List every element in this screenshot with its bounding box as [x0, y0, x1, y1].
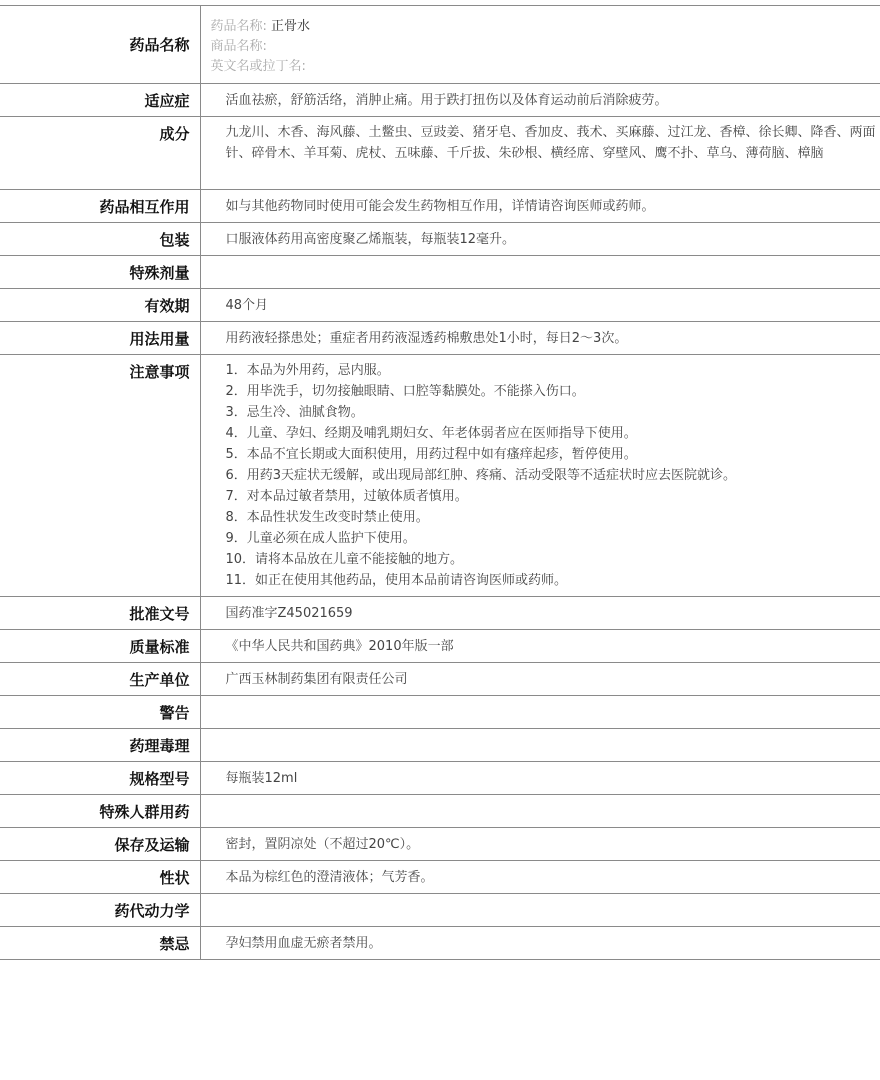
label-description: 性状 [0, 861, 200, 894]
label-special-dosage: 特殊剂量 [0, 256, 200, 289]
precaution-item: 4．儿童、孕妇、经期及哺乳期妇女、年老体弱者应在医师指导下使用。 [226, 423, 880, 444]
precaution-item: 6．用药3天症状无缓解，或出现局部红肿、疼痛、活动受限等不适症状时应去医院就诊。 [226, 465, 880, 486]
value-precautions: 1．本品为外用药，忌内服。 2．用毕洗手，切勿接触眼睛、口腔等黏膜处。不能搽入伤… [200, 355, 880, 597]
label-interactions: 药品相互作用 [0, 190, 200, 223]
precaution-item: 1．本品为外用药，忌内服。 [226, 360, 880, 381]
row-pharmacokinetics: 药代动力学 [0, 894, 880, 927]
row-quality-standard: 质量标准 《中华人民共和国药典》2010年版一部 [0, 630, 880, 663]
row-special-dosage: 特殊剂量 [0, 256, 880, 289]
row-specification: 规格型号 每瓶装12ml [0, 762, 880, 795]
row-indications: 适应症 活血祛瘀，舒筋活络，消肿止痛。用于跌打扭伤以及体育运动前后消除疲劳。 [0, 84, 880, 117]
value-indications: 活血祛瘀，舒筋活络，消肿止痛。用于跌打扭伤以及体育运动前后消除疲劳。 [200, 84, 880, 117]
precaution-item: 8．本品性状发生改变时禁止使用。 [226, 507, 880, 528]
precaution-item: 5．本品不宜长期或大面积使用，用药过程中如有瘙痒起疹，暂停使用。 [226, 444, 880, 465]
value-special-dosage [200, 256, 880, 289]
label-precautions: 注意事项 [0, 355, 200, 597]
precaution-item: 7．对本品过敏者禁用，过敏体质者慎用。 [226, 486, 880, 507]
value-packaging: 口服液体药用高密度聚乙烯瓶装，每瓶装12毫升。 [200, 223, 880, 256]
row-packaging: 包装 口服液体药用高密度聚乙烯瓶装，每瓶装12毫升。 [0, 223, 880, 256]
generic-name-line: 药品名称: 正骨水 [211, 17, 880, 37]
value-pharmacology [200, 729, 880, 762]
label-quality-standard: 质量标准 [0, 630, 200, 663]
precaution-item: 11．如正在使用其他药品，使用本品前请咨询医师或药师。 [226, 570, 880, 591]
value-drug-name: 药品名称: 正骨水 商品名称: 英文名或拉丁名: [200, 6, 880, 84]
precaution-item: 10．请将本品放在儿童不能接触的地方。 [226, 549, 880, 570]
label-approval-number: 批准文号 [0, 597, 200, 630]
value-ingredients: 九龙川、木香、海风藤、土鳖虫、豆豉姜、猪牙皂、香加皮、莪术、买麻藤、过江龙、香樟… [200, 117, 880, 190]
label-packaging: 包装 [0, 223, 200, 256]
row-storage: 保存及运输 密封，置阴凉处（不超过20℃）。 [0, 828, 880, 861]
value-manufacturer: 广西玉林制药集团有限责任公司 [200, 663, 880, 696]
row-manufacturer: 生产单位 广西玉林制药集团有限责任公司 [0, 663, 880, 696]
label-shelf-life: 有效期 [0, 289, 200, 322]
value-contraindications: 孕妇禁用血虚无瘀者禁用。 [200, 927, 880, 960]
precaution-item: 3．忌生冷、油腻食物。 [226, 402, 880, 423]
precaution-item: 9．儿童必须在成人监护下使用。 [226, 528, 880, 549]
precaution-item: 2．用毕洗手，切勿接触眼睛、口腔等黏膜处。不能搽入伤口。 [226, 381, 880, 402]
row-contraindications: 禁忌 孕妇禁用血虚无瘀者禁用。 [0, 927, 880, 960]
row-approval-number: 批准文号 国药准字Z45021659 [0, 597, 880, 630]
row-pharmacology: 药理毒理 [0, 729, 880, 762]
row-special-populations: 特殊人群用药 [0, 795, 880, 828]
row-interactions: 药品相互作用 如与其他药物同时使用可能会发生药物相互作用，详情请咨询医师或药师。 [0, 190, 880, 223]
row-ingredients: 成分 九龙川、木香、海风藤、土鳖虫、豆豉姜、猪牙皂、香加皮、莪术、买麻藤、过江龙… [0, 117, 880, 190]
value-quality-standard: 《中华人民共和国药典》2010年版一部 [200, 630, 880, 663]
value-interactions: 如与其他药物同时使用可能会发生药物相互作用，详情请咨询医师或药师。 [200, 190, 880, 223]
row-warning: 警告 [0, 696, 880, 729]
row-shelf-life: 有效期 48个月 [0, 289, 880, 322]
row-drug-name: 药品名称 药品名称: 正骨水 商品名称: 英文名或拉丁名: [0, 6, 880, 84]
label-pharmacokinetics: 药代动力学 [0, 894, 200, 927]
label-manufacturer: 生产单位 [0, 663, 200, 696]
label-specification: 规格型号 [0, 762, 200, 795]
value-shelf-life: 48个月 [200, 289, 880, 322]
label-storage: 保存及运输 [0, 828, 200, 861]
row-description: 性状 本品为棕红色的澄清液体；气芳香。 [0, 861, 880, 894]
trade-name-key: 商品名称: [211, 39, 267, 54]
value-approval-number: 国药准字Z45021659 [200, 597, 880, 630]
value-special-populations [200, 795, 880, 828]
drug-spec-table: 药品名称 药品名称: 正骨水 商品名称: 英文名或拉丁名: 适应症 活血祛瘀，舒… [0, 5, 880, 960]
label-contraindications: 禁忌 [0, 927, 200, 960]
value-storage: 密封，置阴凉处（不超过20℃）。 [200, 828, 880, 861]
trade-name-line: 商品名称: [211, 37, 880, 57]
english-name-line: 英文名或拉丁名: [211, 57, 880, 77]
value-description: 本品为棕红色的澄清液体；气芳香。 [200, 861, 880, 894]
generic-name-key: 药品名称: [211, 19, 267, 34]
label-indications: 适应症 [0, 84, 200, 117]
label-drug-name: 药品名称 [0, 6, 200, 84]
value-usage: 用药液轻搽患处；重症者用药液湿透药棉敷患处1小时，每日2～3次。 [200, 322, 880, 355]
label-warning: 警告 [0, 696, 200, 729]
label-pharmacology: 药理毒理 [0, 729, 200, 762]
label-usage: 用法用量 [0, 322, 200, 355]
english-name-key: 英文名或拉丁名: [211, 59, 306, 74]
label-ingredients: 成分 [0, 117, 200, 190]
value-specification: 每瓶装12ml [200, 762, 880, 795]
generic-name-value: 正骨水 [271, 19, 310, 34]
value-warning [200, 696, 880, 729]
label-special-populations: 特殊人群用药 [0, 795, 200, 828]
row-precautions: 注意事项 1．本品为外用药，忌内服。 2．用毕洗手，切勿接触眼睛、口腔等黏膜处。… [0, 355, 880, 597]
value-pharmacokinetics [200, 894, 880, 927]
row-usage: 用法用量 用药液轻搽患处；重症者用药液湿透药棉敷患处1小时，每日2～3次。 [0, 322, 880, 355]
